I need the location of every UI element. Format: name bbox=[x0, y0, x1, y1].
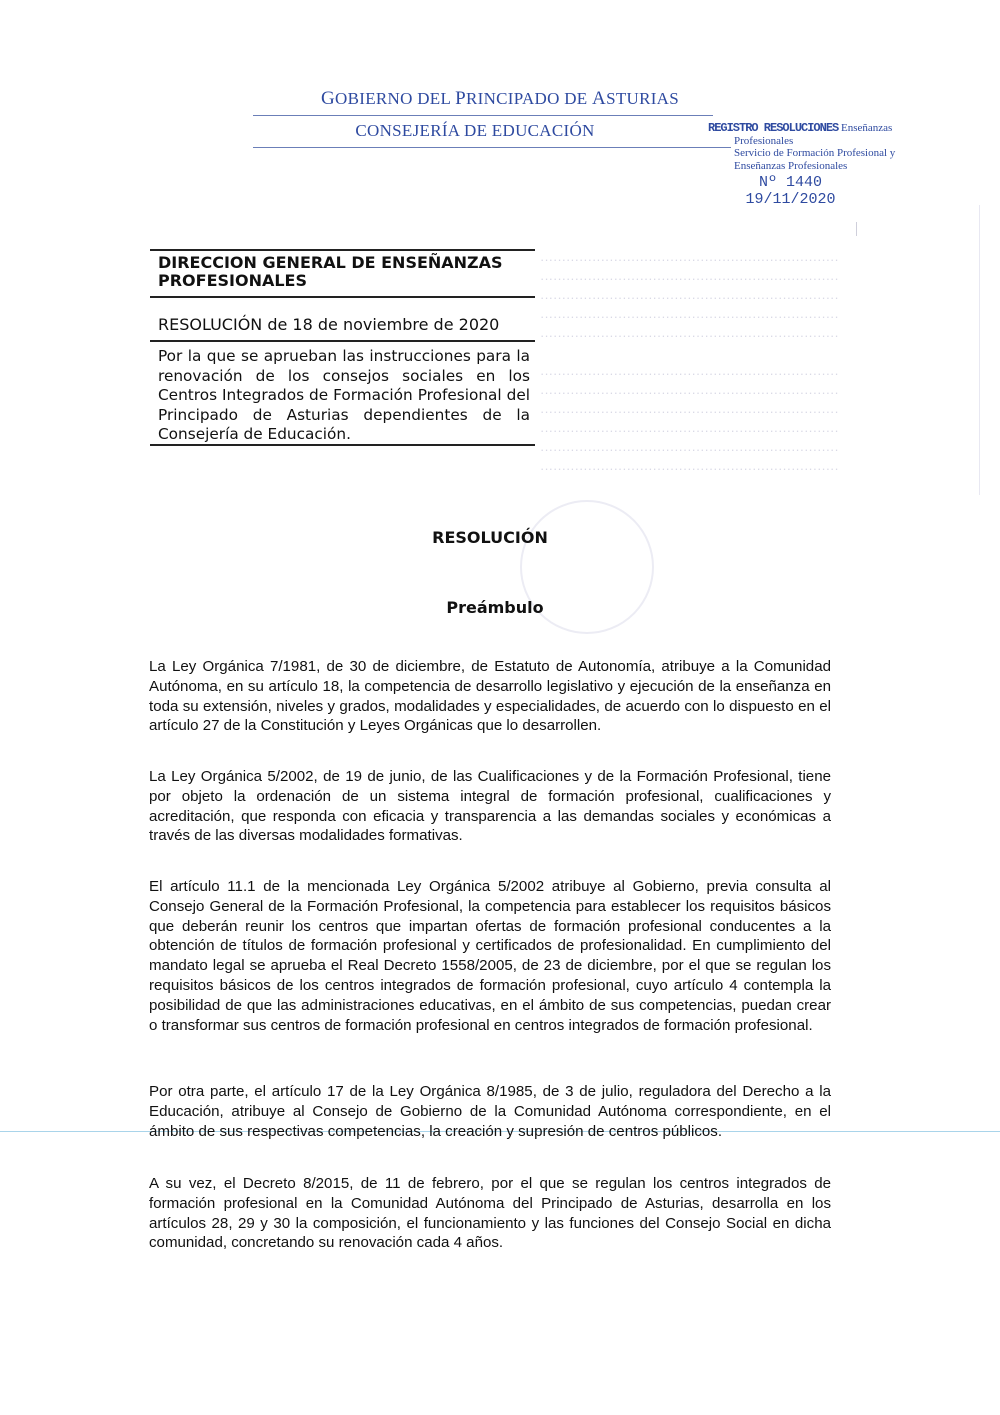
stamp-line-4: Enseñanzas Profesionales bbox=[708, 160, 938, 173]
paragraph-1: La Ley Orgánica 7/1981, de 30 de diciemb… bbox=[149, 657, 831, 736]
paragraph-3: El artículo 11.1 de la mencionada Ley Or… bbox=[149, 877, 831, 1035]
gov-cap-g: G bbox=[321, 88, 335, 109]
directorate-title: DIRECCION GENERAL DE ENSEÑANZAS PROFESIO… bbox=[158, 254, 538, 290]
gov-cap-a: A bbox=[592, 88, 606, 109]
stamp-line-2: Profesionales bbox=[708, 135, 938, 148]
header-rule-4 bbox=[150, 444, 535, 446]
resolution-date: RESOLUCIÓN de 18 de noviembre de 2020 bbox=[158, 315, 499, 334]
letterhead-divider-top bbox=[253, 115, 713, 116]
government-title: GOBIERNO DEL PRINCIPADO DE ASTURIAS bbox=[0, 88, 1000, 110]
stamp-registro: REGISTRO RESOLUCIONES bbox=[708, 121, 838, 135]
stamp-date: 19/11/2020 bbox=[708, 191, 873, 208]
paragraph-5: A su vez, el Decreto 8/2015, de 11 de fe… bbox=[149, 1174, 831, 1253]
letterhead-divider-bottom bbox=[253, 147, 731, 148]
department-title: CONSEJERÍA DE EDUCACIÓN bbox=[255, 121, 695, 141]
registry-stamp: REGISTRO RESOLUCIONESDirección General d… bbox=[708, 122, 938, 208]
preamble-heading: Preámbulo bbox=[380, 598, 610, 617]
stamp-ensenanzas: Enseñanzas bbox=[838, 122, 892, 134]
gov-cap-p: P bbox=[455, 88, 466, 109]
header-rule-3 bbox=[150, 340, 535, 342]
scan-mark bbox=[856, 222, 857, 236]
gov-text-1: OBIERNO DEL bbox=[335, 89, 455, 108]
bleed-through-text: ········································… bbox=[540, 250, 970, 500]
resolution-summary: Por la que se aprueban las instrucciones… bbox=[158, 347, 530, 445]
paragraph-4: Por otra parte, el artículo 17 de la Ley… bbox=[149, 1082, 831, 1141]
header-rule-1 bbox=[150, 249, 535, 251]
stamp-number: Nº 1440 bbox=[708, 174, 873, 191]
gov-text-2: RINCIPADO DE bbox=[466, 89, 592, 108]
paragraph-2: La Ley Orgánica 5/2002, de 19 de junio, … bbox=[149, 767, 831, 846]
gov-text-3: STURIAS bbox=[606, 89, 679, 108]
stamp-line-3: Servicio de Formación Profesional y bbox=[708, 147, 938, 160]
header-rule-2 bbox=[150, 296, 535, 298]
resolution-heading: RESOLUCIÓN bbox=[380, 528, 600, 547]
stamp-line-1: REGISTRO RESOLUCIONESDirección General d… bbox=[708, 122, 938, 135]
scan-edge-line bbox=[979, 205, 980, 495]
